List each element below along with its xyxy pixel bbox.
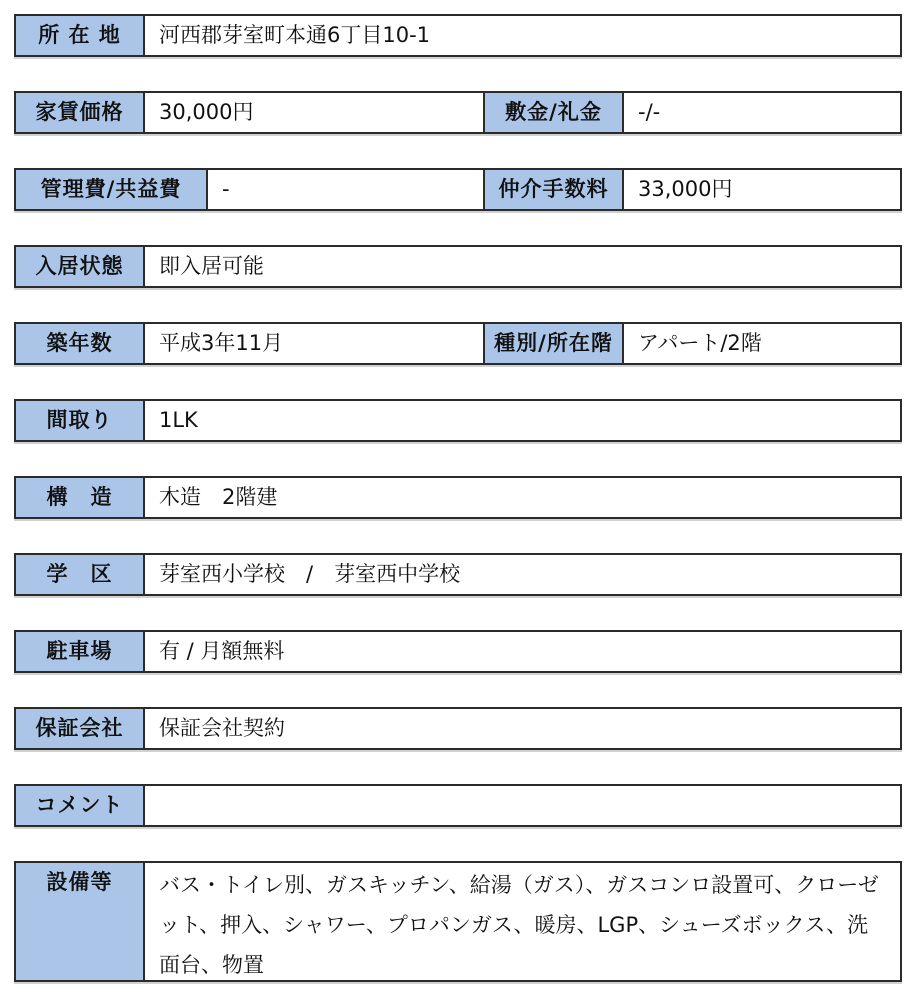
row-value2-fees: 33,000円 (622, 170, 900, 209)
row-label-age: 築年数 (16, 324, 143, 363)
row-value-school: 芽室西小学校 / 芽室西中学校 (143, 555, 900, 594)
row-label2-age: 種別/所在階 (483, 324, 622, 363)
row-value-rent: 30,000円 (143, 93, 483, 132)
property-row-layout: 間取り1LK (14, 399, 902, 442)
row-label-fees: 管理費/共益費 (16, 170, 206, 209)
row-label-equipment: 設備等 (16, 863, 143, 980)
property-row-guarantor: 保証会社保証会社契約 (14, 707, 902, 750)
row-value-layout: 1LK (143, 401, 900, 440)
row-label2-fees: 仲介手数料 (483, 170, 622, 209)
property-row-fees: 管理費/共益費-仲介手数料33,000円 (14, 168, 902, 211)
row-value-age: 平成3年11月 (143, 324, 483, 363)
property-row-comment: コメント (14, 784, 902, 827)
row-label-rent: 家賃価格 (16, 93, 143, 132)
property-row-parking: 駐車場有 / 月額無料 (14, 630, 902, 673)
row-label-guarantor: 保証会社 (16, 709, 143, 748)
row-value2-age: アパート/2階 (622, 324, 900, 363)
property-row-age: 築年数平成3年11月種別/所在階アパート/2階 (14, 322, 902, 365)
row-value2-rent: -/- (622, 93, 900, 132)
row-label-structure: 構 造 (16, 478, 143, 517)
property-row-rent: 家賃価格30,000円敷金/礼金-/- (14, 91, 902, 134)
row-value-equipment: バス・トイレ別、ガスキッチン、給湯（ガス）、ガスコンロ設置可、クローゼット、押入… (143, 863, 900, 980)
row-label2-rent: 敷金/礼金 (483, 93, 622, 132)
row-label-school: 学 区 (16, 555, 143, 594)
row-value-location: 河西郡芽室町本通6丁目10-1 (143, 16, 900, 55)
property-row-structure: 構 造木造 2階建 (14, 476, 902, 519)
row-value-parking: 有 / 月額無料 (143, 632, 900, 671)
row-value-occupancy: 即入居可能 (143, 247, 900, 286)
property-detail-table: 所 在 地河西郡芽室町本通6丁目10-1家賃価格30,000円敷金/礼金-/-管… (0, 0, 916, 992)
row-label-occupancy: 入居状態 (16, 247, 143, 286)
row-label-comment: コメント (16, 786, 143, 825)
row-label-layout: 間取り (16, 401, 143, 440)
row-label-parking: 駐車場 (16, 632, 143, 671)
property-row-school: 学 区芽室西小学校 / 芽室西中学校 (14, 553, 902, 596)
row-value-guarantor: 保証会社契約 (143, 709, 900, 748)
property-row-location: 所 在 地河西郡芽室町本通6丁目10-1 (14, 14, 902, 57)
property-row-equipment: 設備等バス・トイレ別、ガスキッチン、給湯（ガス）、ガスコンロ設置可、クローゼット… (14, 861, 902, 982)
row-value-comment (143, 786, 900, 825)
property-row-occupancy: 入居状態即入居可能 (14, 245, 902, 288)
row-value-fees: - (206, 170, 483, 209)
row-value-structure: 木造 2階建 (143, 478, 900, 517)
row-label-location: 所 在 地 (16, 16, 143, 55)
